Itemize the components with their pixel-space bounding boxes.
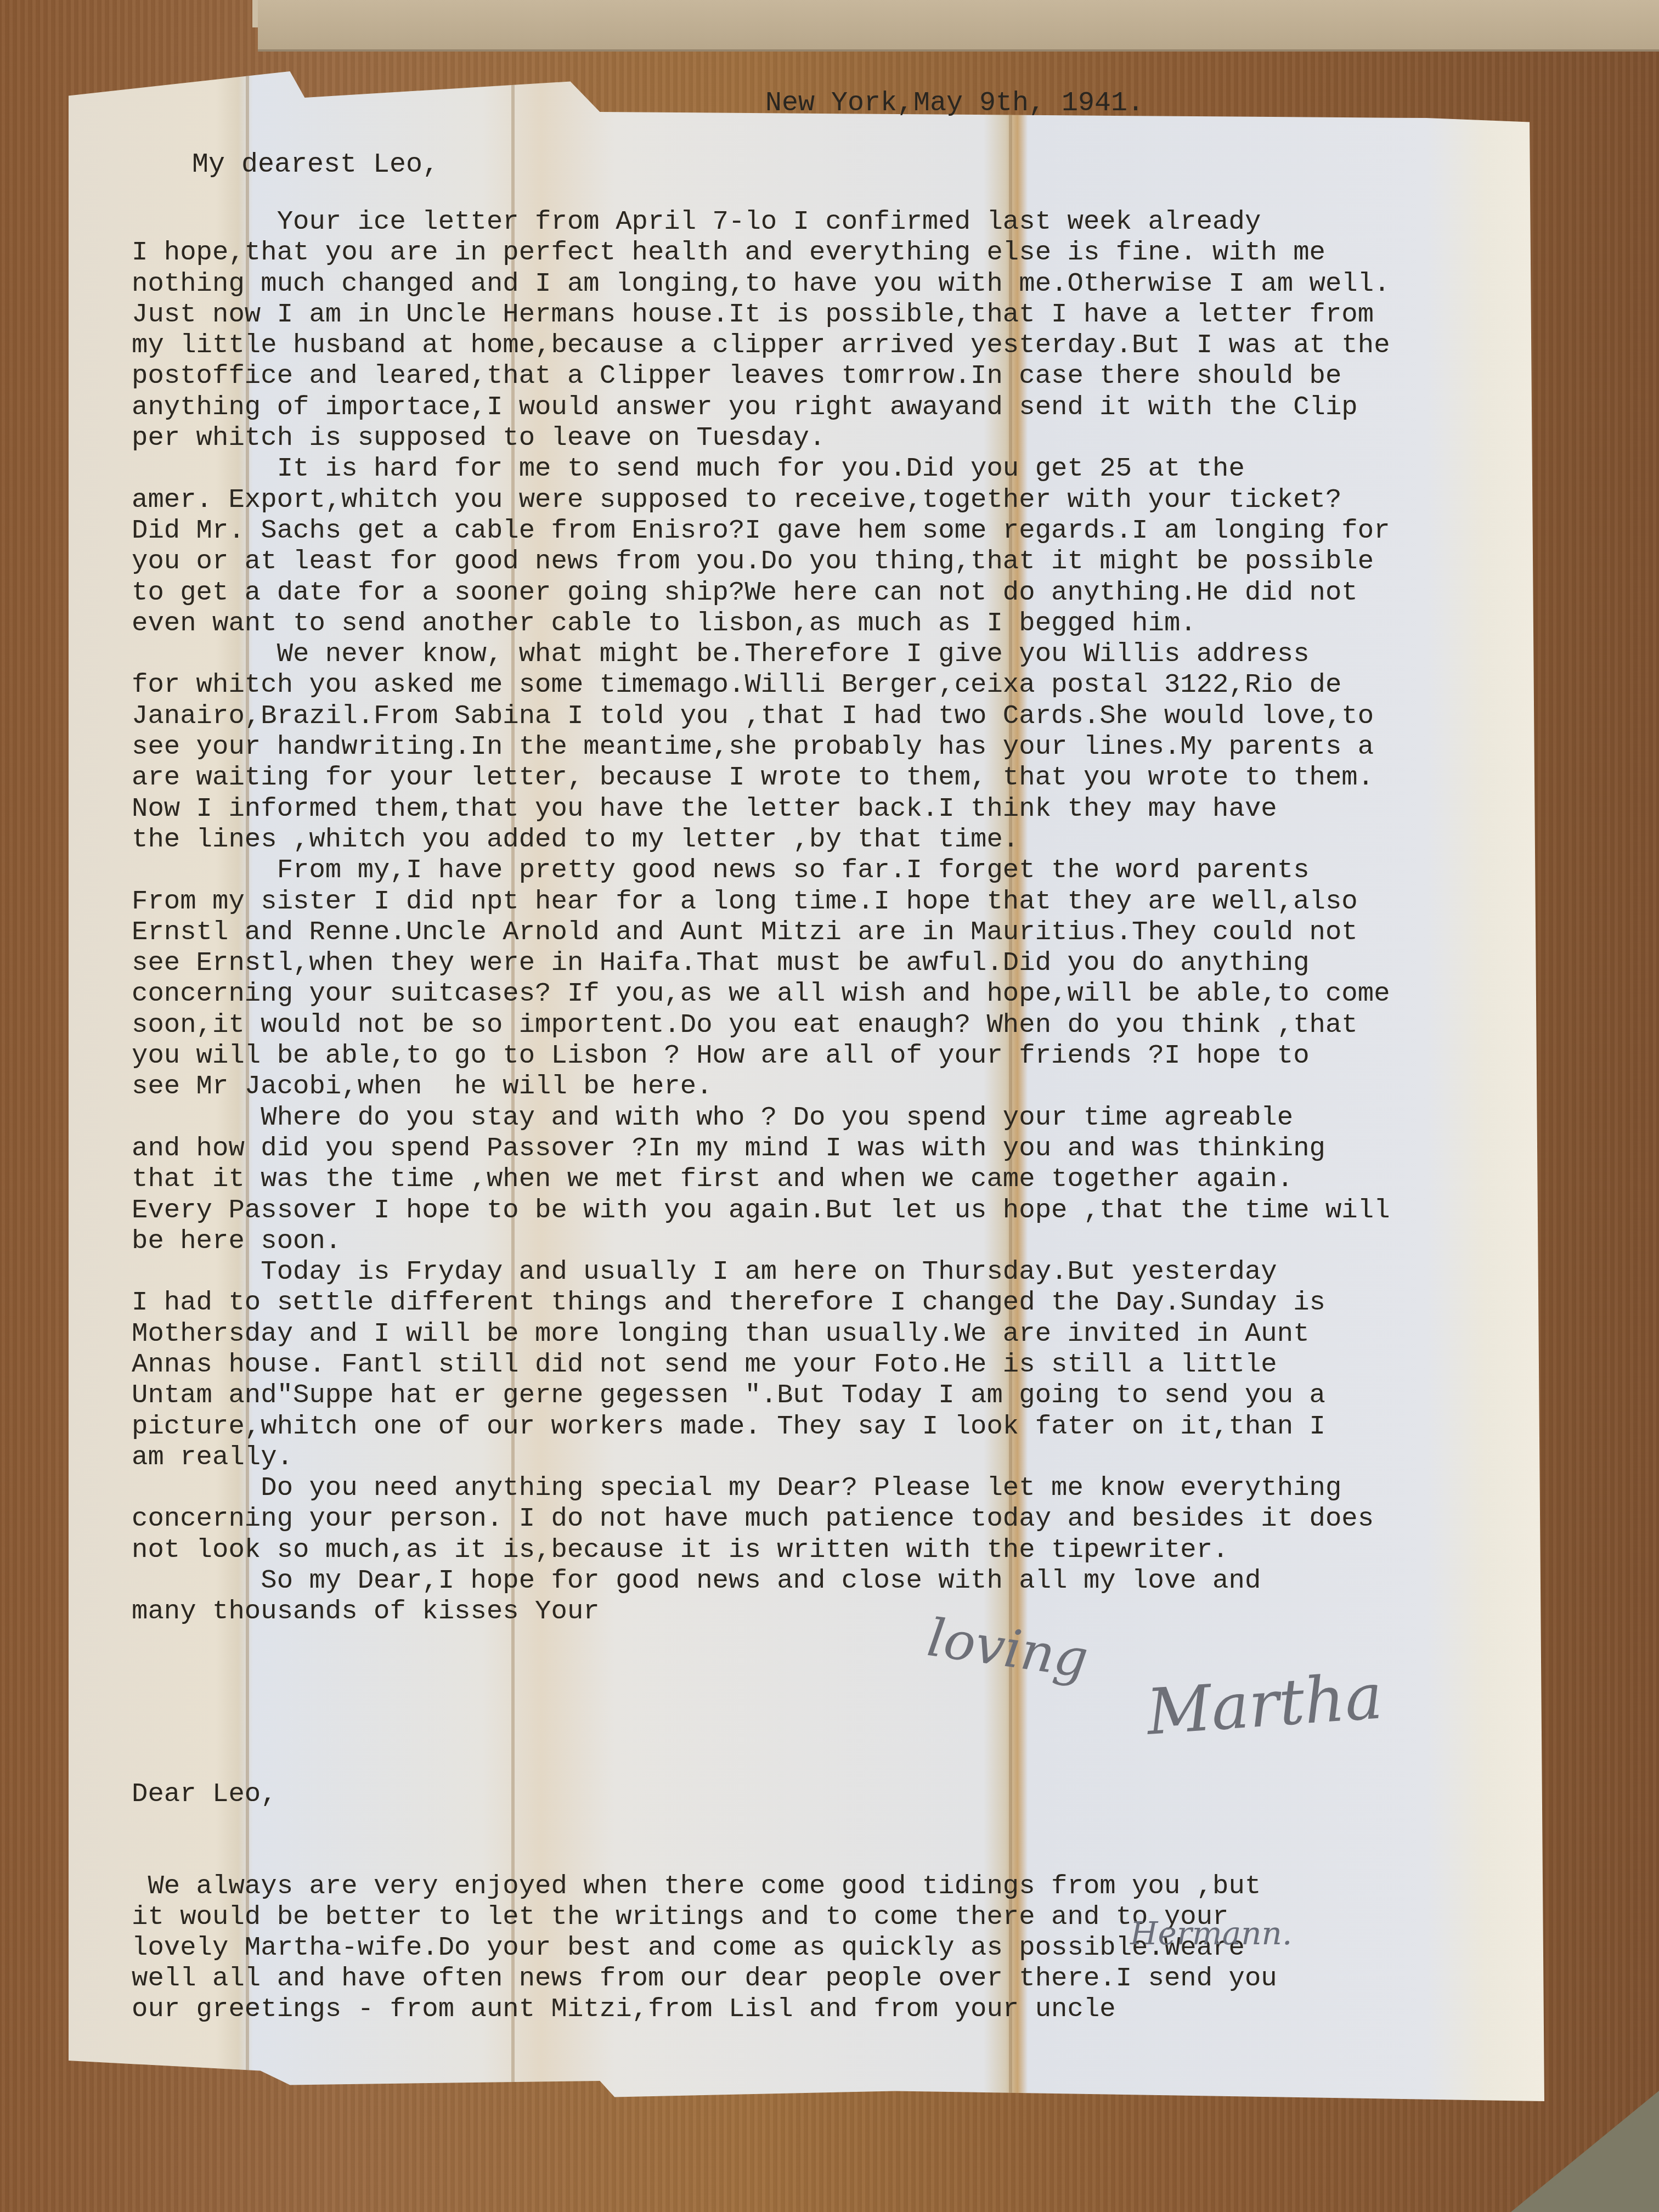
letter-line: Untam and"Suppe hat er gerne gegessen ".… xyxy=(132,1380,1390,1410)
postscript-line: lovely Martha-wife.Do your best and come… xyxy=(132,1932,1277,1963)
letter-line: amer. Export,whitch you were supposed to… xyxy=(132,484,1390,515)
letter-line: for whitch you asked me some timemago.Wi… xyxy=(132,669,1390,700)
letter-line: see your handwriting.In the meantime,she… xyxy=(132,731,1390,762)
letter-line: not look so much,as it is,because it is … xyxy=(132,1534,1390,1565)
letter-line: anything of importace,I would answer you… xyxy=(132,392,1390,422)
letter-line: nothing much changed and I am longing,to… xyxy=(132,268,1390,299)
letter-line: concerning your suitcases? If you,as we … xyxy=(132,978,1390,1009)
letter-line: you or at least for good news from you.D… xyxy=(132,546,1390,577)
letter-line: We never know, what might be.Therefore I… xyxy=(132,639,1390,669)
letter-line: that it was the time ,when we met first … xyxy=(132,1164,1390,1194)
postscript: Dear Leo, We always are very enjoyed whe… xyxy=(132,1717,1277,2055)
postscript-line: it would be better to let the writings a… xyxy=(132,1901,1277,1932)
letter-line: many thousands of kisses Your xyxy=(132,1596,1390,1627)
letter-line: picture,whitch one of our workers made. … xyxy=(132,1411,1390,1442)
postscript-line: well all and have often news from our de… xyxy=(132,1963,1277,1994)
postscript-salutation: Dear Leo, xyxy=(132,1779,1277,1809)
letter-line: am really. xyxy=(132,1442,1390,1472)
letter-line: concerning your person. I do not have mu… xyxy=(132,1503,1390,1534)
letter-line: per whitch is supposed to leave on Tuesd… xyxy=(132,422,1390,453)
letter-line: you will be able,to go to Lisbon ? How a… xyxy=(132,1040,1390,1071)
letter-line: Annas house. Fantl still did not send me… xyxy=(132,1349,1390,1380)
salutation: My dearest Leo, xyxy=(192,149,439,180)
envelope-edge xyxy=(258,0,1659,52)
postscript-line: We always are very enjoyed when there co… xyxy=(132,1871,1277,1901)
letter-line: I had to settle different things and the… xyxy=(132,1287,1390,1318)
postscript-body: We always are very enjoyed when there co… xyxy=(132,1871,1277,2024)
letter-line: Just now I am in Uncle Hermans house.It … xyxy=(132,299,1390,330)
postscript-line: our greetings - from aunt Mitzi,from Lis… xyxy=(132,1994,1277,2024)
letter-line: Did Mr. Sachs get a cable from Enisro?I … xyxy=(132,515,1390,546)
letter-line: Where do you stay and with who ? Do you … xyxy=(132,1102,1390,1133)
letter-line: Now I informed them,that you have the le… xyxy=(132,793,1390,824)
letter-line: see Mr Jacobi,when he will be here. xyxy=(132,1071,1390,1102)
letter-line: see Ernstl,when they were in Haifa.That … xyxy=(132,947,1390,978)
letter-line: Your ice letter from April 7-lo I confir… xyxy=(132,206,1390,237)
letter-line: and how did you spend Passover ?In my mi… xyxy=(132,1133,1390,1164)
letter-line: It is hard for me to send much for you.D… xyxy=(132,453,1390,484)
letter-line: From my,I have pretty good news so far.I… xyxy=(132,855,1390,885)
letter-line: So my Dear,I hope for good news and clos… xyxy=(132,1565,1390,1596)
letter-line: are waiting for your letter, because I w… xyxy=(132,762,1390,793)
letter-line: postoffice and leared,that a Clipper lea… xyxy=(132,360,1390,391)
letter-line: From my sister I did npt hear for a long… xyxy=(132,886,1390,917)
date-line: New York,May 9th, 1941. xyxy=(765,88,1144,119)
letter-line: my little husband at home,because a clip… xyxy=(132,330,1390,360)
letter-line: Today is Fryday and usually I am here on… xyxy=(132,1256,1390,1287)
letter-line: be here soon. xyxy=(132,1226,1390,1256)
handwritten-signature-uncle: Hermann. xyxy=(1130,1915,1292,1952)
letter-line: the lines ,whitch you added to my letter… xyxy=(132,824,1390,855)
letter-line: even want to send another cable to lisbo… xyxy=(132,608,1390,639)
letter-line: Every Passover I hope to be with you aga… xyxy=(132,1195,1390,1226)
letter-line: Do you need anything special my Dear? Pl… xyxy=(132,1472,1390,1503)
letter-line: Ernstl and Renne.Uncle Arnold and Aunt M… xyxy=(132,917,1390,947)
letter-line: to get a date for a sooner going ship?We… xyxy=(132,577,1390,608)
letter-body: Your ice letter from April 7-lo I confir… xyxy=(132,206,1390,1627)
letter-line: Mothersday and I will be more longing th… xyxy=(132,1318,1390,1349)
letter-line: I hope,that you are in perfect health an… xyxy=(132,237,1390,268)
letter-line: Janairo,Brazil.From Sabina I told you ,t… xyxy=(132,701,1390,731)
letter-line: soon,it would not be so importent.Do you… xyxy=(132,1009,1390,1040)
